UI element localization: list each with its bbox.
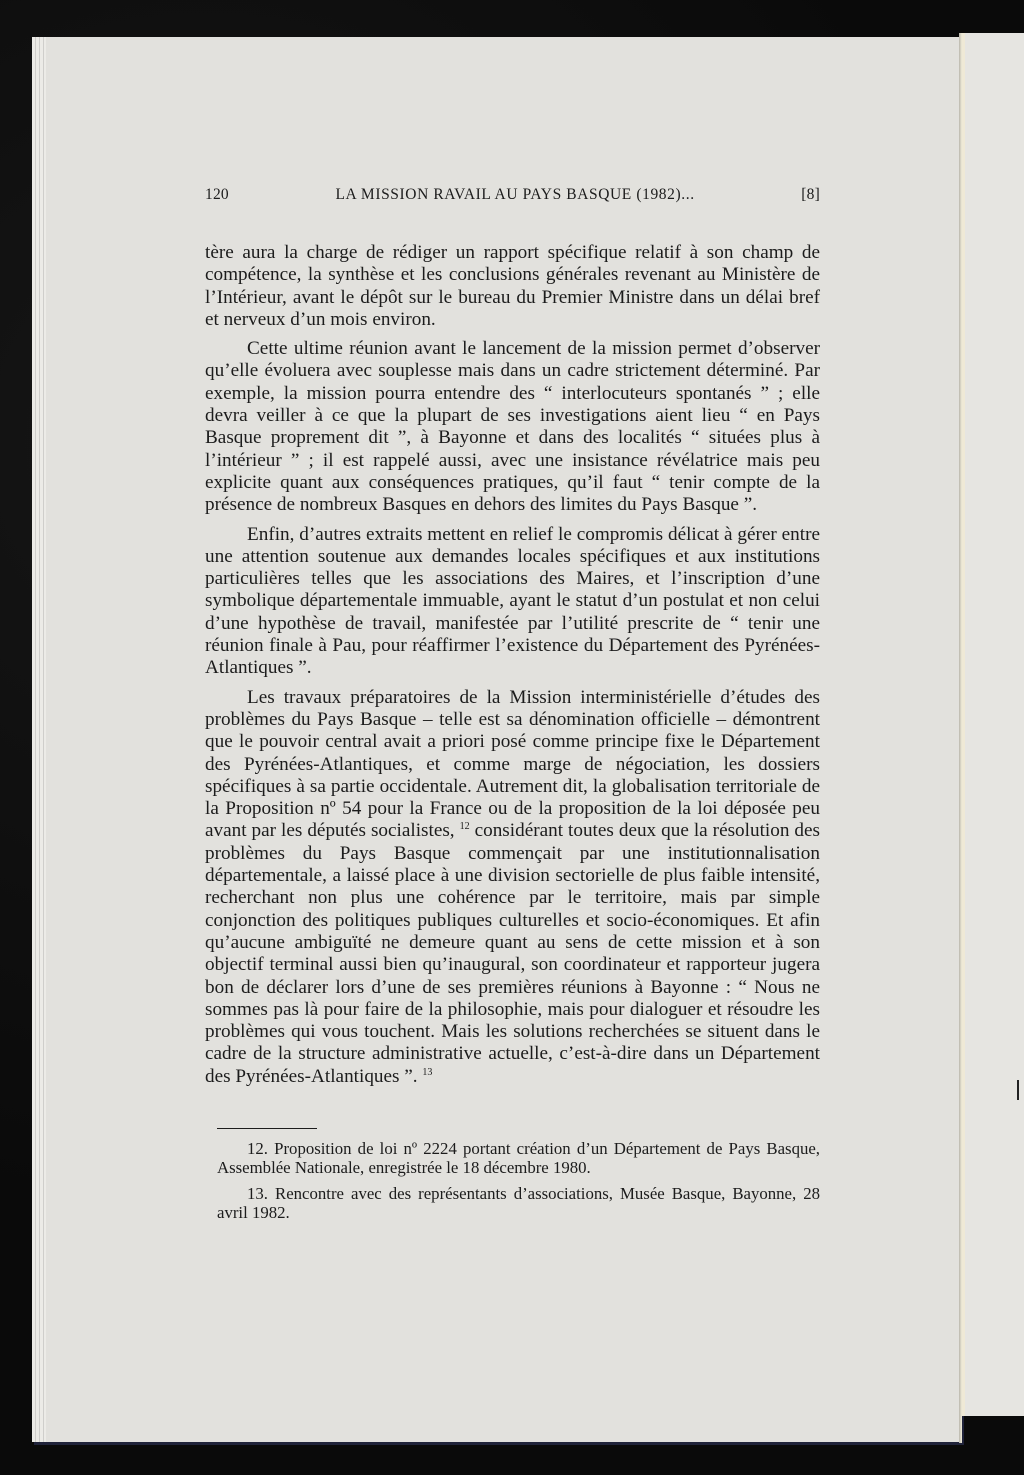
running-title: LA MISSION RAVAIL AU PAYS BASQUE (1982).… xyxy=(335,186,694,204)
body-text: tère aura la charge de rédiger un rappor… xyxy=(205,242,820,1088)
paragraph-2: Cette ultime réunion avant le lancement … xyxy=(205,338,820,516)
footnote-number: 13. xyxy=(247,1184,268,1203)
scanned-book-spread: 120 LA MISSION RAVAIL AU PAYS BASQUE (19… xyxy=(0,0,1024,1475)
footnote-text: Proposition de loi nº 2224 portant créat… xyxy=(217,1139,820,1178)
section-marker: [8] xyxy=(801,186,820,204)
footnote-ref-12[interactable]: 12 xyxy=(460,821,470,832)
paragraph-3: Enfin, d’autres extraits mettent en reli… xyxy=(205,524,820,680)
paragraph-4-part-1: Les travaux préparatoires de la Mission … xyxy=(205,687,820,842)
footnote-text: Rencontre avec des représentants d’assoc… xyxy=(217,1184,820,1223)
footnote-12: 12. Proposition de loi nº 2224 portant c… xyxy=(217,1139,820,1178)
page-number: 120 xyxy=(205,186,229,204)
adjacent-page-mark xyxy=(1017,1080,1019,1100)
paragraph-4-part-2: considérant toutes deux que la résolutio… xyxy=(205,820,820,1086)
running-header: 120 LA MISSION RAVAIL AU PAYS BASQUE (19… xyxy=(205,186,820,216)
footnote-divider xyxy=(217,1128,317,1129)
footnotes: 12. Proposition de loi nº 2224 portant c… xyxy=(205,1139,820,1223)
footnote-ref-13[interactable]: 13 xyxy=(422,1067,432,1078)
adjacent-page-edge xyxy=(962,33,1024,1416)
page-content: 120 LA MISSION RAVAIL AU PAYS BASQUE (19… xyxy=(205,186,820,1229)
footnote-number: 12. xyxy=(247,1139,268,1158)
footnote-13: 13. Rencontre avec des représentants d’a… xyxy=(217,1184,820,1223)
paragraph-4: Les travaux préparatoires de la Mission … xyxy=(205,687,820,1088)
paragraph-1: tère aura la charge de rédiger un rappor… xyxy=(205,242,820,331)
